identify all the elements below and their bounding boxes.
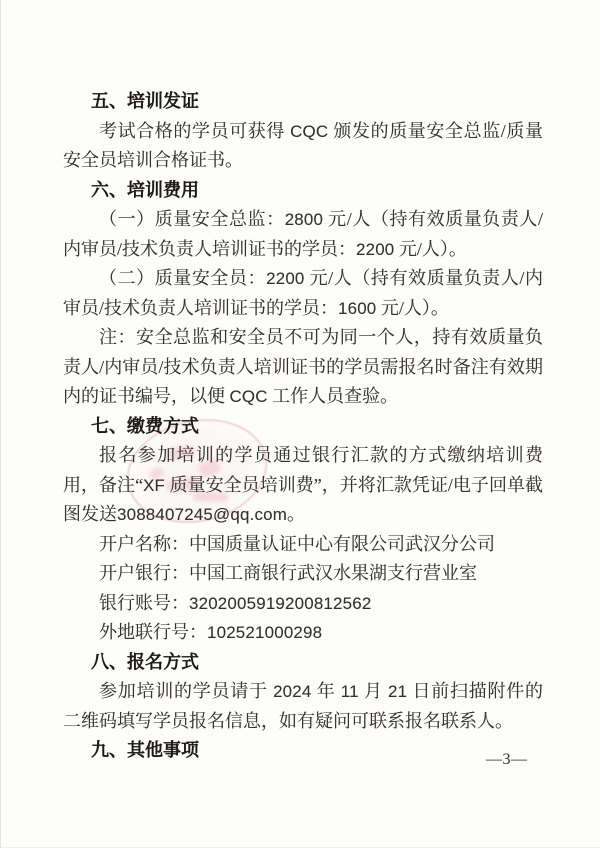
paragraph-fee-note: 注：安全总监和安全员不可为同一个人，持有效质量负责人/内审员/技术负责人培训证书…	[63, 323, 543, 412]
bank-account-number: 银行账号：3202005919200812562	[63, 589, 543, 619]
paragraph-payment: 报名参加培训的学员通过银行汇款的方式缴纳培训费用，备注“XF 质量安全员培训费”…	[63, 441, 543, 530]
section-heading-other-matters: 九、其他事项	[63, 736, 543, 766]
paragraph-certificate: 考试合格的学员可获得 CQC 颁发的质量安全总监/质量安全员培训合格证书。	[63, 117, 543, 176]
section-heading-training-certificate: 五、培训发证	[63, 87, 543, 117]
section-heading-payment-method: 七、缴费方式	[63, 412, 543, 442]
paragraph-registration: 参加培训的学员请于 2024 年 11 月 21 日前扫描附件的二维码填写学员报…	[63, 677, 543, 736]
page-number: —3—	[486, 751, 528, 769]
bank-branch-number: 外地联行号：102521000298	[63, 618, 543, 648]
section-heading-registration: 八、报名方式	[63, 648, 543, 678]
paragraph-fee-officer: （二）质量安全员：2200 元/人（持有效质量负责人/内审员/技术负责人培训证书…	[63, 264, 543, 323]
scanned-document-page: 五、培训发证 考试合格的学员可获得 CQC 颁发的质量安全总监/质量安全员培训合…	[0, 0, 600, 848]
paragraph-fee-director: （一）质量安全总监：2800 元/人（持有效质量负责人/内审员/技术负责人培训证…	[63, 205, 543, 264]
section-heading-training-fees: 六、培训费用	[63, 176, 543, 206]
document-content: 五、培训发证 考试合格的学员可获得 CQC 颁发的质量安全总监/质量安全员培训合…	[63, 87, 543, 766]
bank-name: 开户银行：中国工商银行武汉水果湖支行营业室	[63, 559, 543, 589]
bank-account-name: 开户名称：中国质量认证中心有限公司武汉分公司	[63, 530, 543, 560]
